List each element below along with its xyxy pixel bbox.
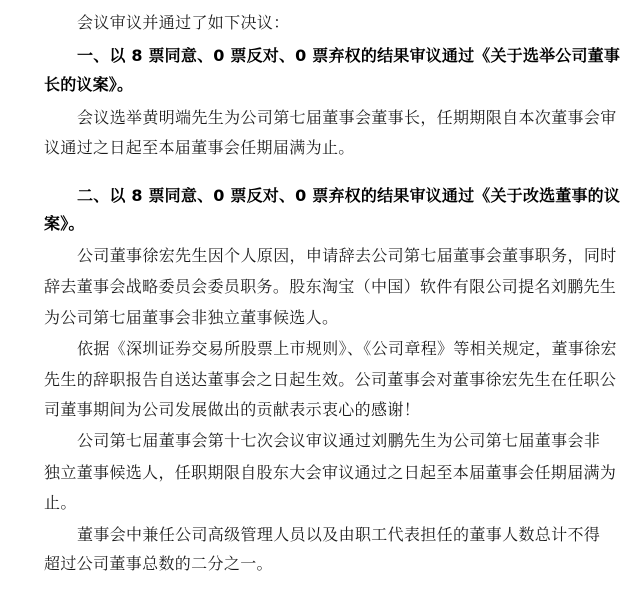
resolution-1-paragraph-1-line-1: 会议选举黄明端先生为公司第七届董事会董事长，任期期限自本次董事会审 — [77, 108, 617, 128]
resolution-2-paragraph-4-line-2: 超过公司董事总数的二分之一。 — [44, 554, 584, 574]
resolution-2-paragraph-3-line-2: 独立董事候选人，任职期限自股东大会审议通过之日起至本届董事会任期届满为 — [44, 463, 584, 483]
resolution-2-paragraph-3-line-1: 公司第七届董事会第十七次会议审议通过刘鹏先生为公司第七届董事会非 — [77, 431, 617, 451]
resolution-2-paragraph-2-line-1: 依据《深圳证券交易所股票上市规则》、《公司章程》等相关规定，董事徐宏 — [77, 339, 617, 359]
resolution-1-heading-line-1: 一、以 8 票同意、0 票反对、0 票弃权的结果审议通过《关于选举公司董事 — [77, 46, 617, 66]
resolution-2-paragraph-3-line-3: 止。 — [44, 493, 584, 513]
resolution-2-paragraph-1-line-2: 辞去董事会战略委员会委员职务。股东淘宝（中国）软件有限公司提名刘鹏先生 — [44, 277, 584, 297]
resolution-2-paragraph-2-line-2: 先生的辞职报告自送达董事会之日起生效。公司董事会对董事徐宏先生在任职公 — [44, 370, 584, 390]
resolution-1-heading-line-2: 长的议案》。 — [44, 75, 584, 95]
resolution-2-heading-line-1: 二、以 8 票同意、0 票反对、0 票弃权的结果审议通过《关于改选董事的议 — [77, 186, 617, 206]
intro-text: 会议审议并通过了如下决议： — [77, 13, 617, 33]
resolution-2-heading-line-2: 案》。 — [44, 214, 584, 234]
resolution-2-paragraph-1-line-1: 公司董事徐宏先生因个人原因，申请辞去公司第七届董事会董事职务，同时 — [77, 246, 617, 266]
resolution-1-paragraph-1-line-2: 议通过之日起至本届董事会任期届满为止。 — [44, 138, 584, 158]
resolution-2-paragraph-4-line-1: 董事会中兼任公司高级管理人员以及由职工代表担任的董事人数总计不得 — [77, 525, 617, 545]
resolution-2-paragraph-1-line-3: 为公司第七届董事会非独立董事候选人。 — [44, 308, 584, 328]
resolution-2-paragraph-2-line-3: 司董事期间为公司发展做出的贡献表示衷心的感谢！ — [44, 400, 584, 420]
